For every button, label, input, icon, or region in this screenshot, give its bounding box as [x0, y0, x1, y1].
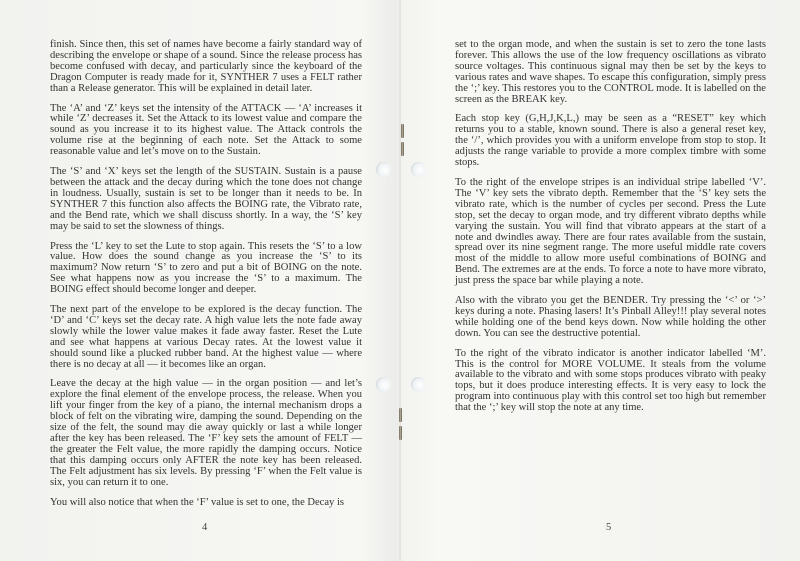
paragraph: The ‘S’ and ‘X’ keys set the length of t…: [50, 167, 362, 232]
left-page-text: finish. Since then, this set of names ha…: [50, 40, 362, 517]
punch-hole-icon: [376, 162, 391, 177]
punch-hole-icon: [411, 162, 426, 177]
staple-icon: [399, 408, 402, 422]
paragraph: set to the organ mode, and when the sust…: [455, 40, 766, 105]
paragraph: Also with the vibrato you get the BENDER…: [455, 296, 766, 340]
paragraph: Leave the decay at the high value — in t…: [50, 379, 362, 488]
punch-hole-icon: [411, 377, 426, 392]
staple-icon: [399, 426, 402, 440]
paragraph: The ‘A’ and ‘Z’ keys set the intensity o…: [50, 104, 362, 159]
staple-icon: [401, 142, 404, 156]
paragraph: You will also notice that when the ‘F’ v…: [50, 498, 362, 509]
paragraph: finish. Since then, this set of names ha…: [50, 40, 362, 95]
staple-icon: [401, 124, 404, 138]
left-page: finish. Since then, this set of names ha…: [0, 0, 400, 561]
booklet-spread: finish. Since then, this set of names ha…: [0, 0, 800, 561]
page-number: 5: [606, 522, 611, 533]
paragraph: The next part of the envelope to be expl…: [50, 305, 362, 370]
paragraph: Each stop key (G,H,J,K,L,) may be seen a…: [455, 114, 766, 169]
right-page: set to the organ mode, and when the sust…: [400, 0, 800, 561]
right-page-text: set to the organ mode, and when the sust…: [455, 40, 766, 423]
paragraph: To the right of the vibrato indicator is…: [455, 349, 766, 414]
paragraph: Press the ‘L’ key to set the Lute to sto…: [50, 242, 362, 297]
page-number: 4: [202, 522, 207, 533]
paragraph: To the right of the envelope stripes is …: [455, 178, 766, 287]
punch-hole-icon: [376, 377, 391, 392]
